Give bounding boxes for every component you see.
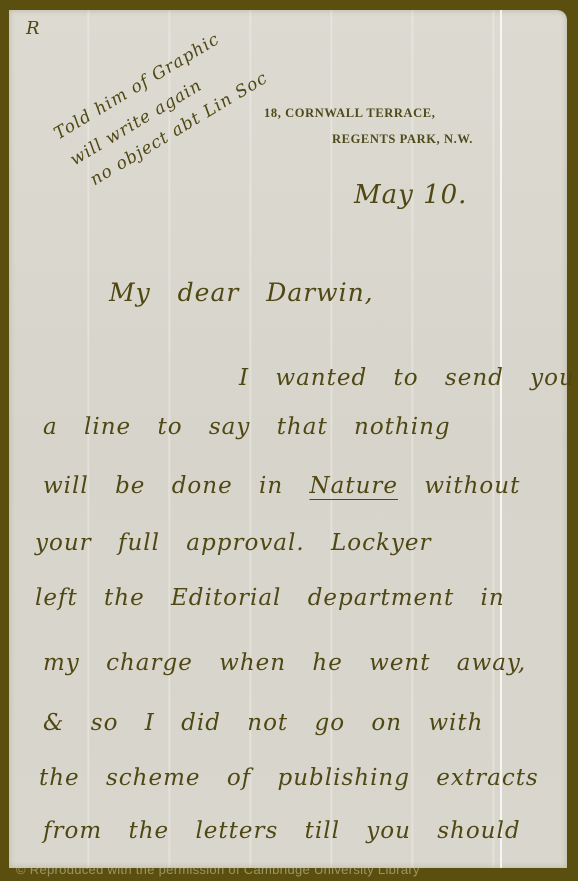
body-line-6: my charge when he went away, [43,650,526,676]
body-line-3: will be done in Nature without [43,473,520,499]
body-line-3-start: will be done in [43,473,283,499]
underlined-word-nature: Nature [310,473,399,499]
body-line-7: & so I did not go on with [43,710,483,736]
letterhead-address-line-2: REGENTS PARK, N.W. [332,132,473,147]
salutation: My dear Darwin, [109,278,374,307]
letterhead-address-line-1: 18, CORNWALL TERRACE, [264,106,435,121]
letter-page: R Told him of Graphic will write again n… [9,10,567,868]
body-line-2: a line to say that nothing [43,414,451,440]
body-line-5: left the Editorial department in [35,585,505,611]
letter-date: May 10. [354,180,467,210]
body-line-8: the scheme of publishing extracts [39,765,539,791]
copyright-notice: © Reproduced with the permission of Camb… [16,862,420,877]
fold-line [500,10,502,868]
body-line-3-end: without [424,473,520,499]
body-line-1: I wanted to send you [239,365,575,391]
body-line-9: from the letters till you should [43,818,521,844]
body-line-4: your full approval. Lockyer [35,530,432,556]
archive-mark: R [26,18,41,39]
